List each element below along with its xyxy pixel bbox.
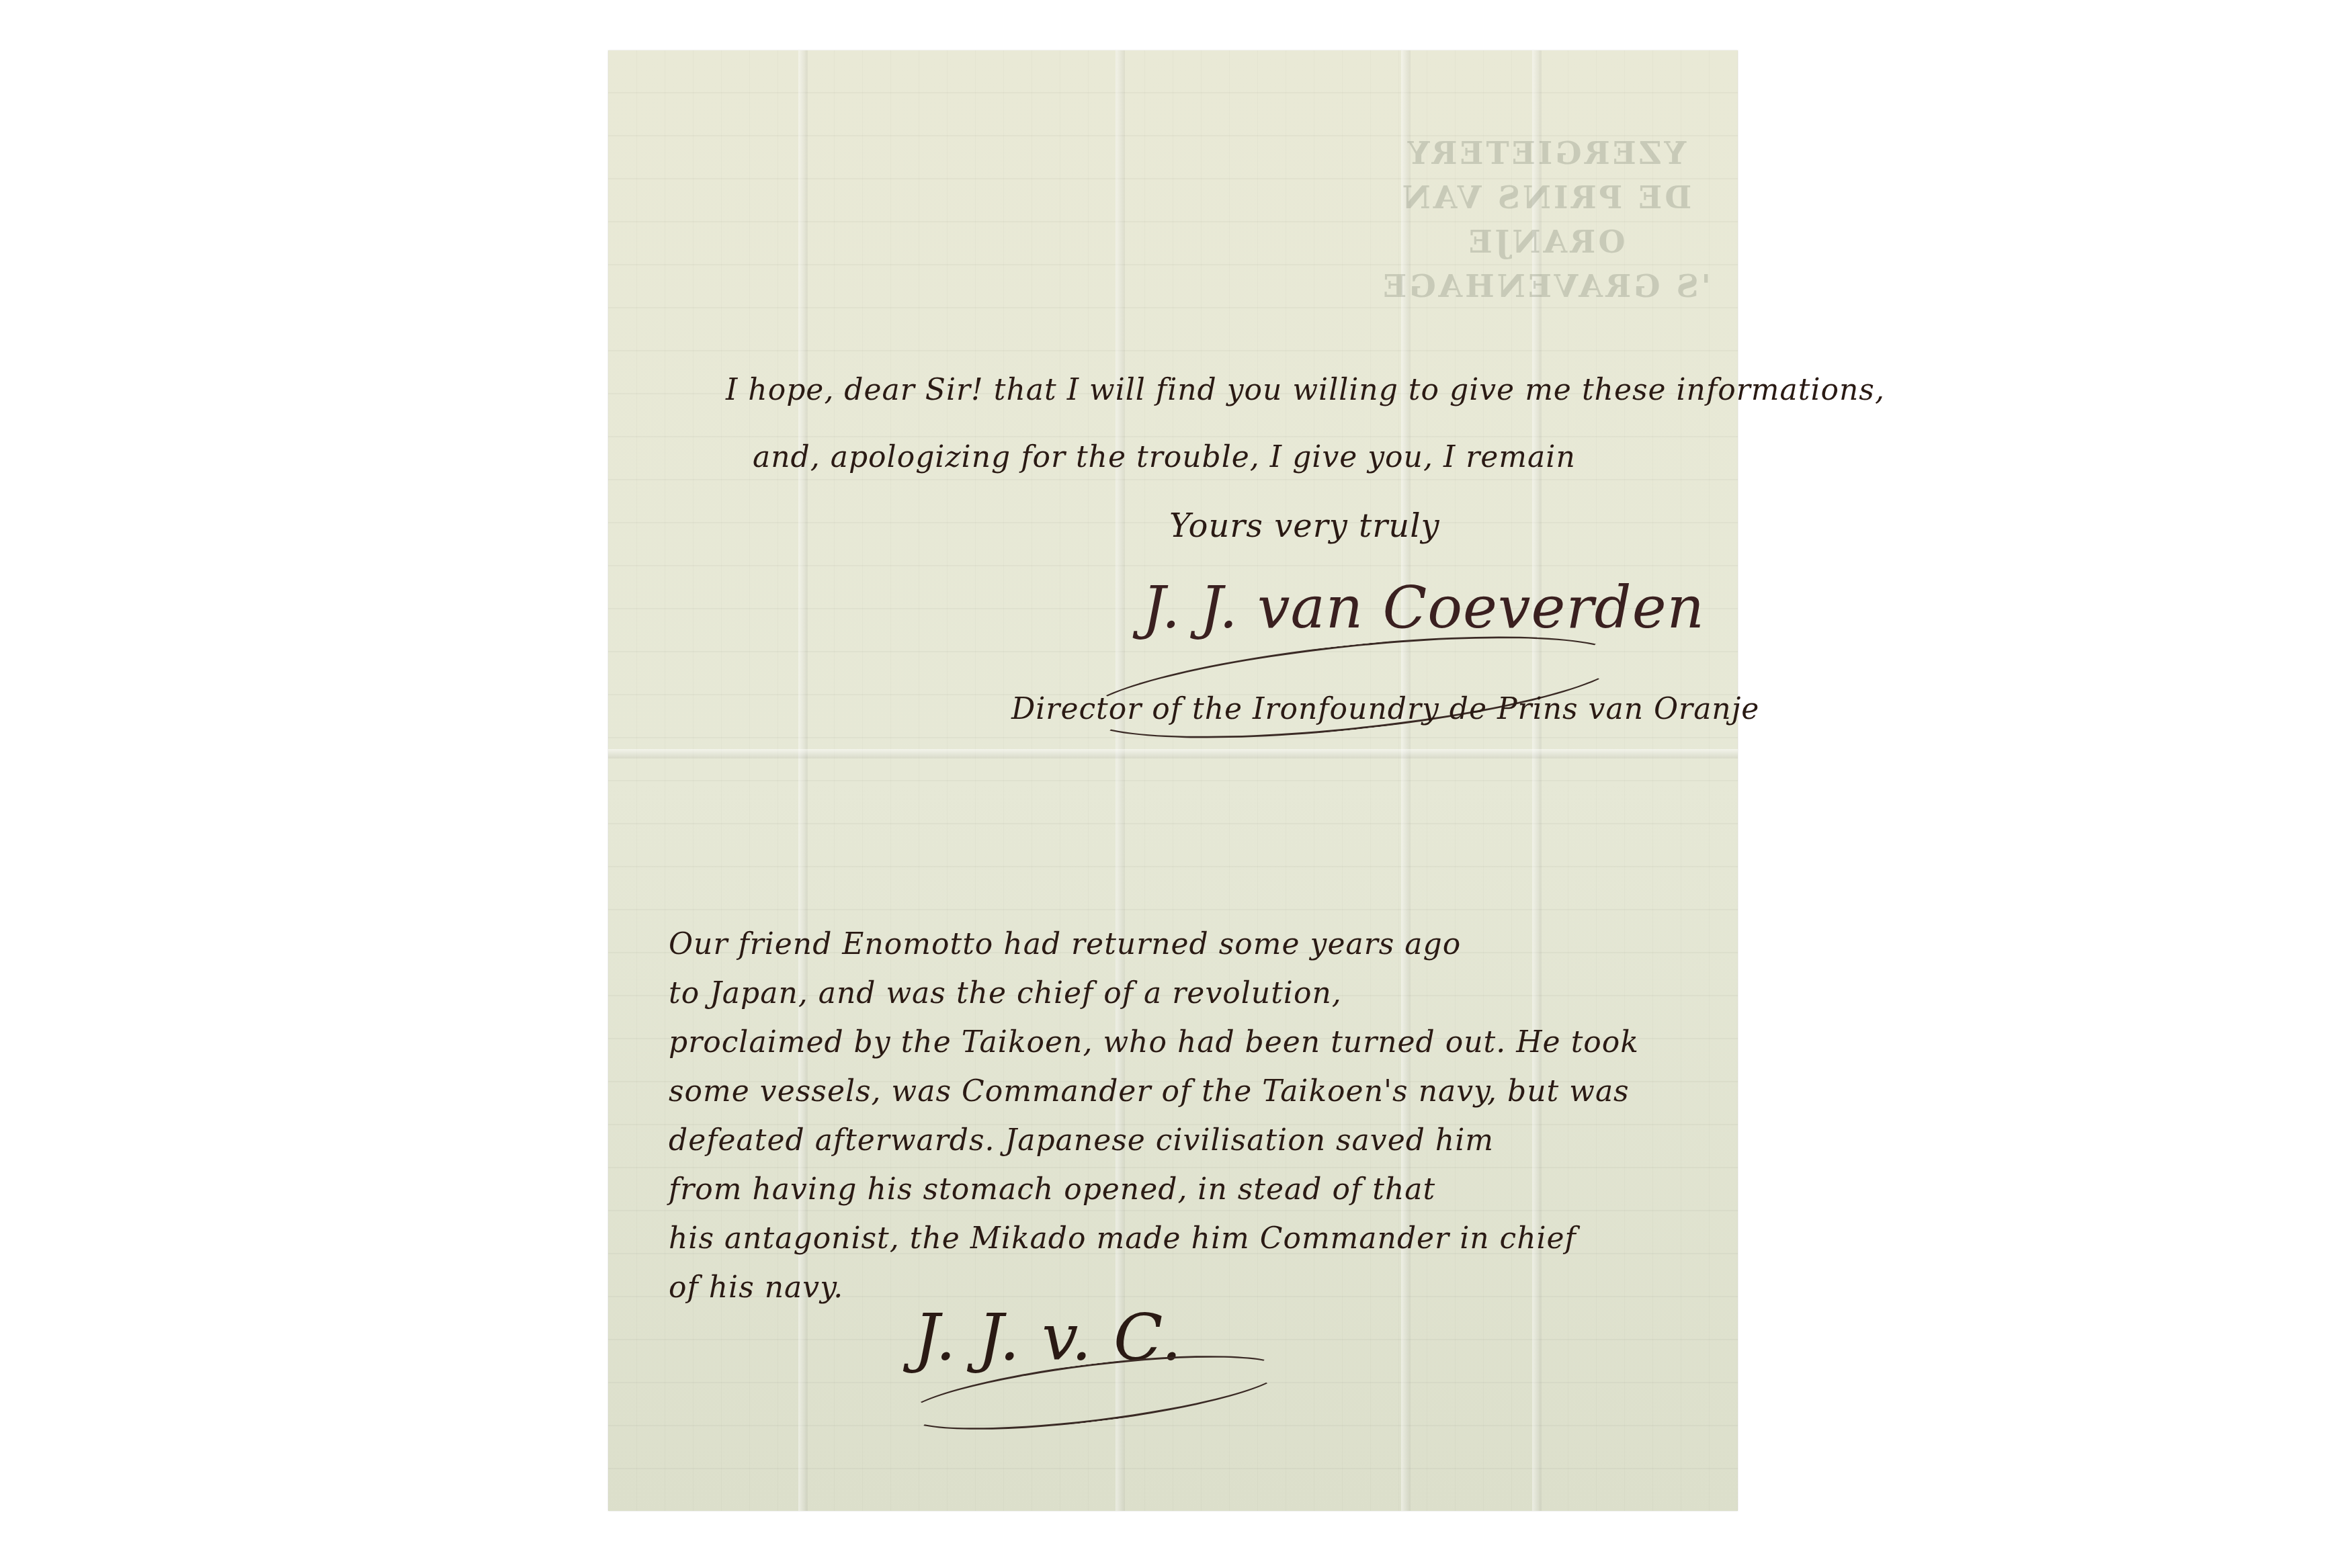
postscript-line: proclaimed by the Taikoen, who had been … <box>669 1025 1639 1059</box>
postscript-line: his antagonist, the Mikado made him Comm… <box>669 1221 1577 1256</box>
fold-line <box>608 749 1738 758</box>
stamp-line: YZERGIETERY <box>1371 131 1720 175</box>
fold-line <box>1116 50 1125 1511</box>
postscript-line: to Japan, and was the chief of a revolut… <box>669 976 1342 1010</box>
closing-line: and, apologizing for the trouble, I give… <box>753 440 1576 474</box>
closing-line: I hope, dear Sir! that I will find you w… <box>726 373 1885 407</box>
postscript-line: defeated afterwards. Japanese civilisati… <box>669 1123 1494 1158</box>
signatory-title: Director of the Ironfoundry de Prins van… <box>1011 692 1759 726</box>
valediction: Yours very truly <box>1169 507 1440 545</box>
postscript-line: Our friend Enomotto had returned some ye… <box>669 927 1461 961</box>
postscript-line: from having his stomach opened, in stead… <box>669 1172 1435 1207</box>
stamp-line: 'S GRAVENHAGE <box>1371 264 1720 308</box>
postscript-line: of his navy. <box>669 1270 843 1305</box>
letterhead-stamp: YZERGIETERY DE PRINS VAN ORANJE 'S GRAVE… <box>1371 131 1720 308</box>
stamp-line: DE PRINS VAN ORANJE <box>1371 175 1720 264</box>
postscript-line: some vessels, was Commander of the Taiko… <box>669 1074 1630 1108</box>
signature: J. J. van Coeverden <box>1142 574 1705 642</box>
